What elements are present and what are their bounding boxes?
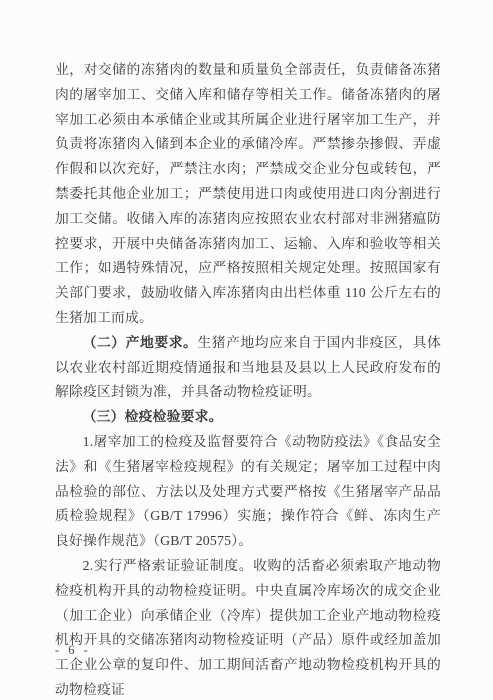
section-heading: （三）检疫检验要求。: [83, 409, 223, 424]
paragraph-2: （二）产地要求。生猪产地均应来自于国内非疫区，具体以农业农村部近期疫情通报和当地…: [55, 331, 441, 405]
paragraph-5: 2.实行严格索证验证制度。收购的活畜必须索取产地动物检疫机构开具的动物检疫证明。…: [55, 554, 441, 700]
text-run: 业，对交储的冻猪肉的数量和质量负全部责任，负责储备冻猪肉的屠宰加工、交储入库和储…: [55, 62, 441, 325]
page-number: - 6 -: [55, 643, 91, 657]
page-footer: - 6 -: [55, 643, 91, 658]
paragraph-1: 业，对交储的冻猪肉的数量和质量负全部责任，负责储备冻猪肉的屠宰加工、交储入库和储…: [55, 58, 441, 331]
text-run: 1.屠宰加工的检疫及监督要符合《动物防疫法》《食品安全法》和《生猪屠宰检疫规程》…: [55, 434, 441, 548]
document-body: 业，对交储的冻猪肉的数量和质量负全部责任，负责储备冻猪肉的屠宰加工、交储入库和储…: [55, 58, 441, 700]
document-page: 业，对交储的冻猪肉的数量和质量负全部责任，负责储备冻猪肉的屠宰加工、交储入库和储…: [0, 0, 493, 700]
text-run: 2.实行严格索证验证制度。收购的活畜必须索取产地动物检疫机构开具的动物检疫证明。…: [55, 558, 441, 697]
section-heading: （二）产地要求。: [83, 335, 198, 350]
paragraph-3: （三）检疫检验要求。: [55, 405, 441, 430]
paragraph-4: 1.屠宰加工的检疫及监督要符合《动物防疫法》《食品安全法》和《生猪屠宰检疫规程》…: [55, 430, 441, 554]
